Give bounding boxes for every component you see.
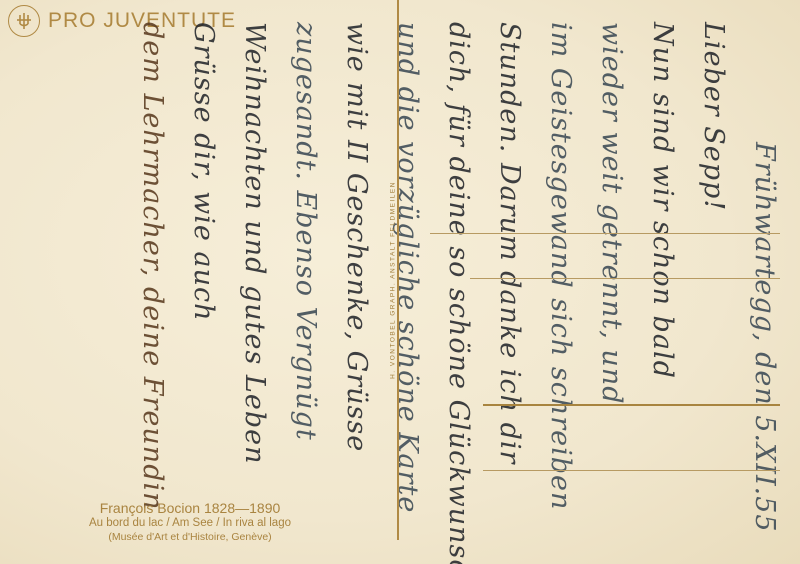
handwritten-line: dich, für deine so schöne Glückwunsch — [433, 2, 484, 562]
handwritten-line: Grüsse dir, wie auch — [178, 2, 229, 562]
handwritten-line: wieder weit getrennt, und — [586, 2, 637, 562]
handwritten-message: Frühwartegg, den 5.XII.55 Lieber Sepp! N… — [0, 2, 800, 562]
postcard-back: PRO JUVENTUTE Frühwartegg, den 5.XII.55 … — [0, 0, 800, 564]
handwritten-line: wie mit II Geschenke, Grüsse — [331, 2, 382, 562]
handwritten-line: Nun sind wir schon bald — [637, 2, 688, 562]
handwritten-line: Stunden. Darum danke ich dir — [484, 2, 535, 562]
handwritten-line: dem Lehrmacher, deine Freundin — [127, 2, 178, 562]
handwritten-line: im Geistesgewand sich schreiben — [535, 2, 586, 562]
artwork-title: François Bocion 1828—1890 — [40, 500, 340, 516]
address-line — [483, 404, 780, 406]
artwork-caption: François Bocion 1828—1890 Au bord du lac… — [40, 500, 340, 543]
address-line — [430, 233, 780, 234]
handwritten-line: Weihnachten und gutes Leben — [229, 2, 280, 562]
artwork-museum: (Musée d'Art et d'Histoire, Genève) — [40, 531, 340, 543]
handwritten-date-line: Frühwartegg, den 5.XII.55 — [739, 2, 790, 562]
center-divider — [397, 0, 399, 540]
handwritten-line: zugesandt. Ebenso Vergnügt — [280, 2, 331, 562]
address-line — [470, 278, 780, 279]
printer-credit: H. VONTOBEL GRAPH. ANSTALT FELDMEILEN — [390, 181, 397, 379]
address-line — [483, 470, 780, 471]
handwritten-greeting: Lieber Sepp! — [688, 2, 739, 562]
artwork-subtitle: Au bord du lac / Am See / In riva al lag… — [40, 517, 340, 529]
